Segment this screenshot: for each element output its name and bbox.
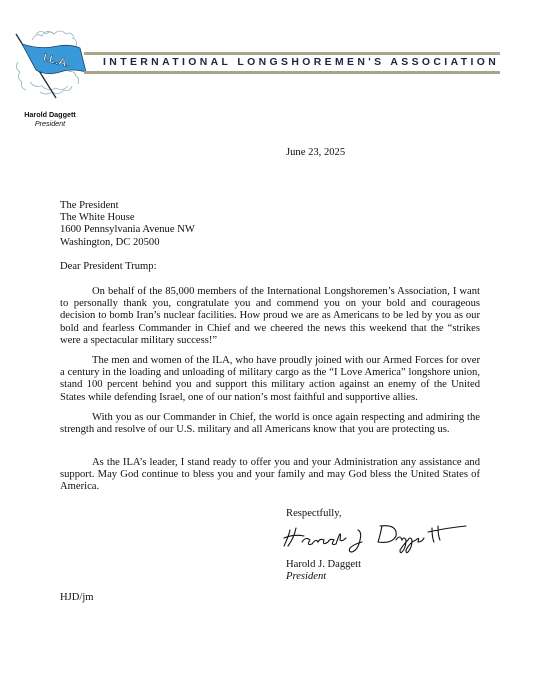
letterhead-officer-name: Harold Daggett bbox=[10, 110, 90, 119]
header-rule-top bbox=[84, 52, 500, 55]
paragraph-text: On behalf of the 85,000 members of the I… bbox=[60, 286, 480, 347]
signer-title: President bbox=[286, 571, 326, 583]
recipient-address: The President The White House 1600 Penns… bbox=[60, 200, 195, 249]
address-line: Washington, DC 20500 bbox=[60, 237, 195, 249]
letter-date: June 23, 2025 bbox=[286, 147, 345, 159]
address-line: The White House bbox=[60, 212, 195, 224]
paragraph-2: The men and women of the ILA, who have p… bbox=[60, 355, 480, 404]
paragraph-text: With you as our Commander in Chief, the … bbox=[60, 412, 480, 436]
paragraph-4: As the ILA’s leader, I stand ready to of… bbox=[60, 457, 480, 494]
address-line: The President bbox=[60, 200, 195, 212]
paragraph-text: The men and women of the ILA, who have p… bbox=[60, 355, 480, 404]
paragraph-1: On behalf of the 85,000 members of the I… bbox=[60, 286, 480, 347]
header-rule-bottom bbox=[84, 71, 500, 74]
address-line: 1600 Pennsylvania Avenue NW bbox=[60, 224, 195, 236]
signature-icon bbox=[282, 520, 472, 558]
paragraph-text: As the ILA’s leader, I stand ready to of… bbox=[60, 457, 480, 494]
salutation: Dear President Trump: bbox=[60, 261, 157, 273]
closing: Respectfully, bbox=[286, 508, 342, 520]
paragraph-3: With you as our Commander in Chief, the … bbox=[60, 412, 480, 436]
letterhead-officer-title: President bbox=[10, 119, 90, 128]
organization-name: INTERNATIONAL LONGSHOREMEN'S ASSOCIATION bbox=[103, 57, 503, 68]
letter-page: I.L.A. INTERNATIONAL LONGSHOREMEN'S ASSO… bbox=[0, 0, 540, 694]
signer-name: Harold J. Daggett bbox=[286, 559, 361, 571]
reference-initials: HJD/jm bbox=[60, 592, 94, 604]
ila-flag-logo-icon: I.L.A. bbox=[10, 26, 90, 102]
